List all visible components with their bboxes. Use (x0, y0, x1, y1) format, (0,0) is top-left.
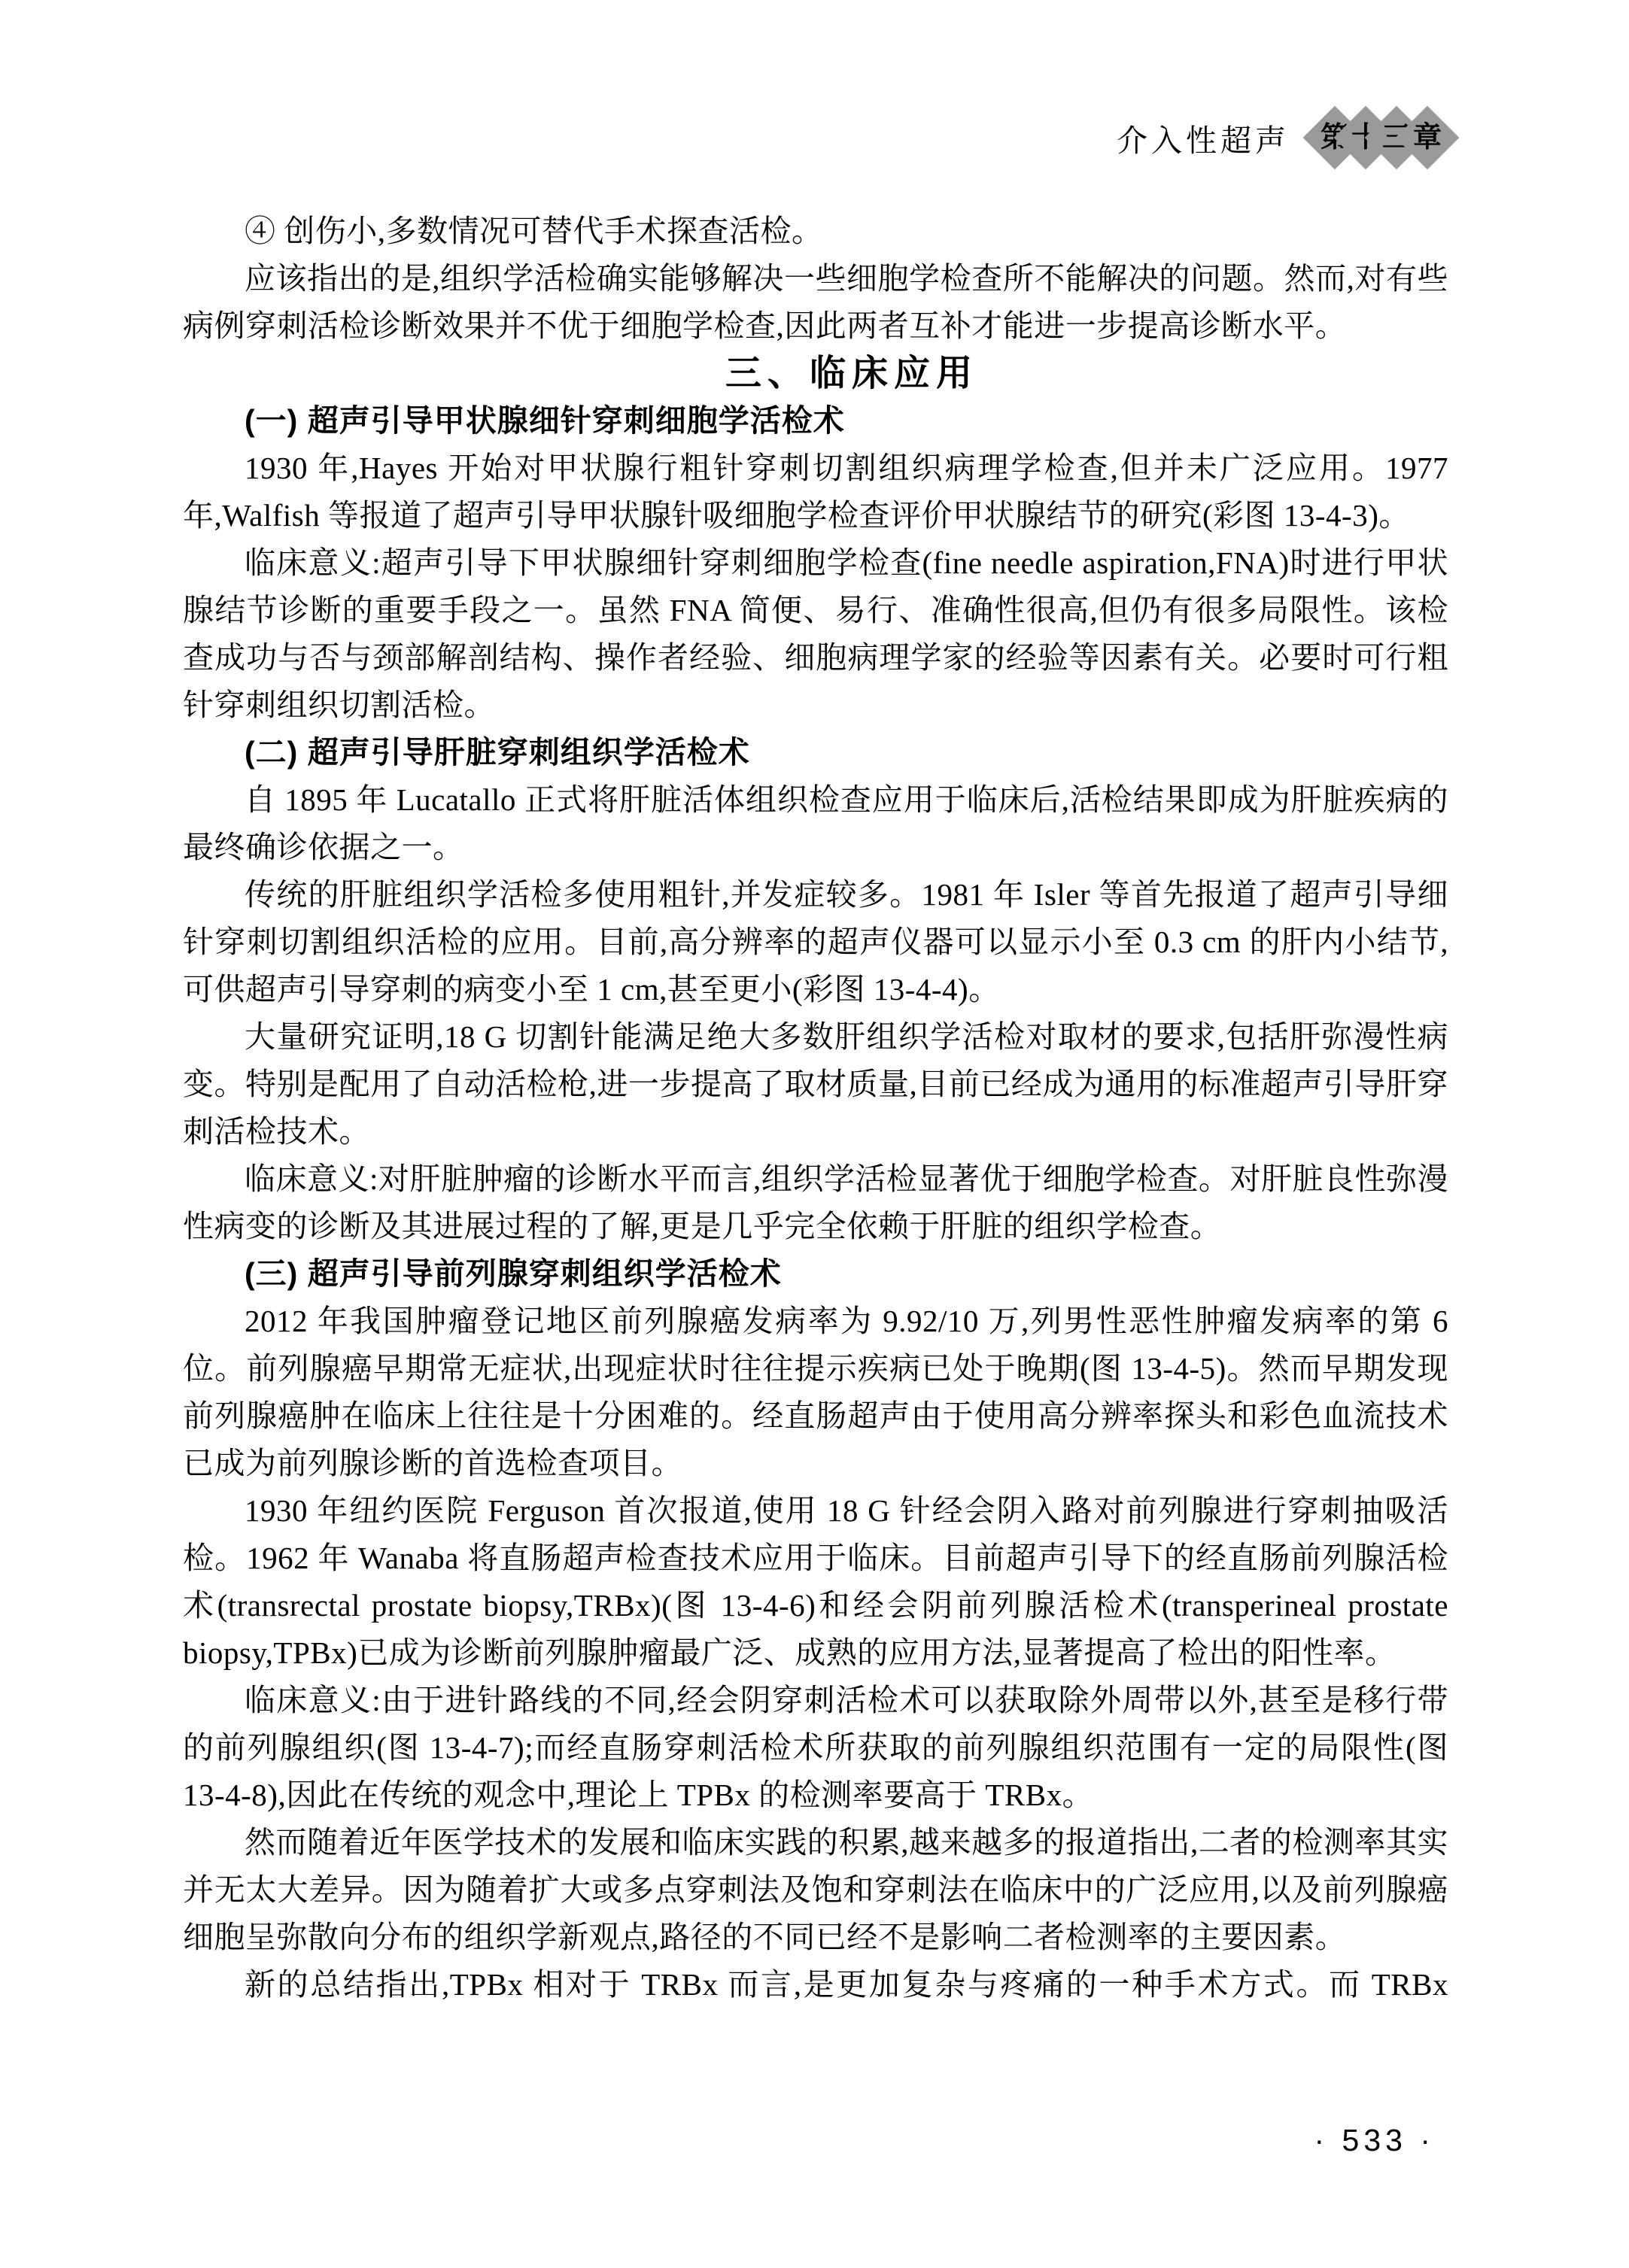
sub-heading: (三) 超声引导前列腺穿刺组织学活检术 (183, 1250, 1448, 1298)
paragraph: 1930 年,Hayes 开始对甲状腺行粗针穿刺切割组织病理学检查,但并未广泛应… (183, 445, 1448, 539)
sub-heading: (二) 超声引导肝脏穿刺组织学活检术 (183, 729, 1448, 776)
page-body: ④ 创伤小,多数情况可替代手术探查活检。 应该指出的是,组织学活检确实能够解决一… (183, 208, 1448, 2008)
paragraph: 应该指出的是,组织学活检确实能够解决一些细胞学检查所不能解决的问题。然而,对有些… (183, 255, 1448, 350)
paragraph: 2012 年我国肿瘤登记地区前列腺癌发病率为 9.92/10 万,列男性恶性肿瘤… (183, 1298, 1448, 1487)
book-page: 介入性超声 第 十 三 章 ④ 创伤小,多数情况可替代手术探查活检。 应该指出的… (0, 0, 1629, 2268)
page-number: · 533 · (1314, 2123, 1436, 2158)
section-title: 三、临床应用 (183, 350, 1448, 397)
chapter-char: 章 (1413, 123, 1442, 152)
paragraph: 临床意义:由于进针路线的不同,经会阴穿刺活检术可以获取除外周带以外,甚至是移行带… (183, 1677, 1448, 1819)
paragraph: 自 1895 年 Lucatallo 正式将肝脏活体组织检查应用于临床后,活检结… (183, 776, 1448, 871)
sub-heading: (一) 超声引导甲状腺细针穿刺细胞学活检术 (183, 397, 1448, 445)
paragraph: 然而随着近年医学技术的发展和临床实践的积累,越来越多的报道指出,二者的检测率其实… (183, 1819, 1448, 1961)
paragraph: 临床意义:对肝脏肿瘤的诊断水平而言,组织学活检显著优于细胞学检查。对肝脏良性弥漫… (183, 1155, 1448, 1250)
chapter-badge: 第 十 三 章 (1312, 115, 1450, 160)
paragraph: 新的总结指出,TPBx 相对于 TRBx 而言,是更加复杂与疼痛的一种手术方式。… (183, 1961, 1448, 2008)
paragraph: 传统的肝脏组织学活检多使用粗针,并发症较多。1981 年 Isler 等首先报道… (183, 871, 1448, 1013)
running-header: 介入性超声 第 十 三 章 (1117, 104, 1450, 172)
running-title: 介入性超声 (1117, 116, 1290, 160)
paragraph: 大量研究证明,18 G 切割针能满足绝大多数肝组织学活检对取材的要求,包括肝弥漫… (183, 1013, 1448, 1155)
paragraph: 临床意义:超声引导下甲状腺细针穿刺细胞学检查(fine needle aspir… (183, 539, 1448, 729)
paragraph: ④ 创伤小,多数情况可替代手术探查活检。 (183, 208, 1448, 255)
paragraph: 1930 年纽约医院 Ferguson 首次报道,使用 18 G 针经会阴入路对… (183, 1487, 1448, 1677)
